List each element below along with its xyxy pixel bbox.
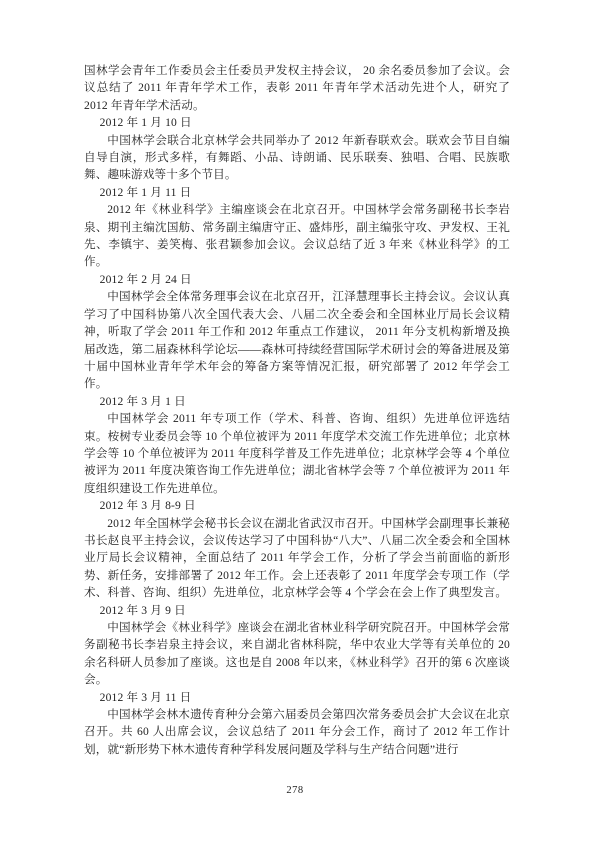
date-line: 2012 年 3 月 9 日 [84, 602, 510, 619]
date-line: 2012 年 3 月 8-9 日 [84, 497, 510, 514]
paragraph: 中国林学会联合北京林学会共同举办了 2012 年新春联欢会。联欢会节目自编自导自… [84, 132, 510, 184]
date-line: 2012 年 3 月 11 日 [84, 689, 510, 706]
paragraph-continuation: 国林学会青年工作委员会主任委员尹发权主持会议， 20 余名委员参加了会议。会议总… [84, 62, 510, 114]
paragraph: 2012 年《林业科学》主编座谈会在北京召开。中国林学会常务副秘书长李岩泉、期刊… [84, 201, 510, 271]
date-line: 2012 年 1 月 10 日 [84, 114, 510, 131]
paragraph: 中国林学会林木遗传育种分会第六届委员会第四次常务委员会扩大会议在北京召开。共 6… [84, 706, 510, 758]
page-number: 278 [0, 785, 590, 796]
paragraph: 2012 年全国林学会秘书长会议在湖北省武汉市召开。中国林学会副理事长兼秘书长赵… [84, 515, 510, 602]
date-line: 2012 年 3 月 1 日 [84, 393, 510, 410]
paragraph: 中国林学会全体常务理事会议在北京召开，江泽慧理事长主持会议。会议认真学习了中国科… [84, 288, 510, 392]
date-line: 2012 年 1 月 11 日 [84, 184, 510, 201]
date-line: 2012 年 2 月 24 日 [84, 271, 510, 288]
paragraph: 中国林学会 2011 年专项工作（学术、科普、咨询、组织）先进单位评选结束。桉树… [84, 410, 510, 497]
document-page: 国林学会青年工作委员会主任委员尹发权主持会议， 20 余名委员参加了会议。会议总… [0, 0, 600, 848]
paragraph: 中国林学会《林业科学》座谈会在湖北省林业科学研究院召开。中国林学会常务副秘书长李… [84, 619, 510, 689]
text-content: 国林学会青年工作委员会主任委员尹发权主持会议， 20 余名委员参加了会议。会议总… [84, 62, 510, 758]
